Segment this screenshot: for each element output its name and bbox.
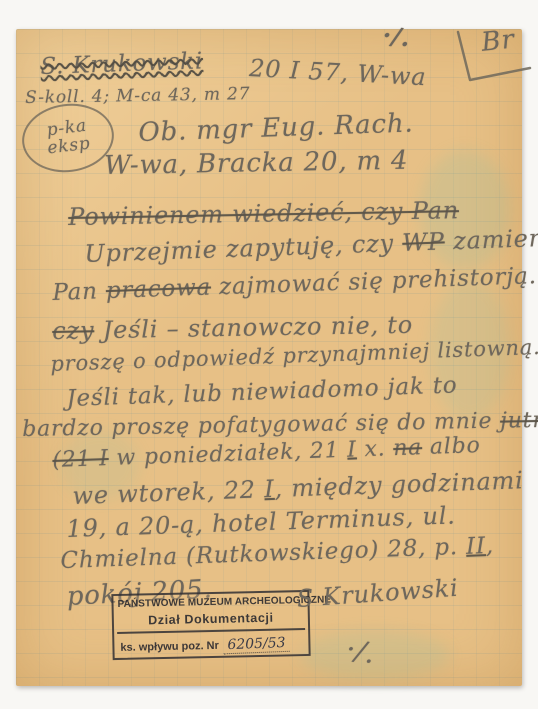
- handwriting-segment: na: [393, 435, 423, 461]
- stamp-entry-number-handwritten: 6205/53: [224, 635, 291, 655]
- handwriting-segment: II: [466, 533, 487, 560]
- stamp-institution-name: PAŃSTWOWE MUZEUM ARCHEOLOGICZNE: [117, 595, 303, 610]
- monogram-initials: Br: [480, 25, 516, 58]
- reviewer-monogram: Br: [450, 28, 534, 92]
- handwriting-segment: albo: [422, 433, 481, 460]
- handwriting-segment: Pan: [52, 278, 106, 306]
- handwriting-segment: pracowa: [105, 274, 211, 304]
- stamp-entry-label: ks. wpływu poz. Nr: [120, 640, 219, 654]
- scanned-letter-page: ·/. Br S. Krukowski 20 I 57, W-wa S-koll…: [0, 0, 538, 709]
- museum-archive-stamp: PAŃSTWOWE MUZEUM ARCHEOLOGICZNE Dział Do…: [111, 590, 310, 660]
- recipient-address: W-wa, Bracka 20, m 4: [104, 146, 409, 181]
- handwriting-segment: jutro: [500, 408, 538, 434]
- handwriting-segment: czy: [52, 316, 95, 345]
- stamp-department-name: Dział Dokumentacji: [118, 610, 304, 628]
- handwriting-segment: ,: [485, 533, 494, 559]
- circled-annotation-line: eksp: [47, 135, 92, 158]
- stamp-divider: [117, 628, 305, 634]
- handwriting-segment: Jeśli – stanowczo nie, to: [94, 311, 413, 345]
- handwriting-segment: WP: [402, 227, 445, 256]
- handwriting-segment: (21 I: [52, 446, 109, 473]
- handwriting-segment: zamierza: [444, 223, 538, 255]
- handwriting-segment: x.: [356, 436, 393, 462]
- page-reference-mark: ·/.: [381, 20, 413, 53]
